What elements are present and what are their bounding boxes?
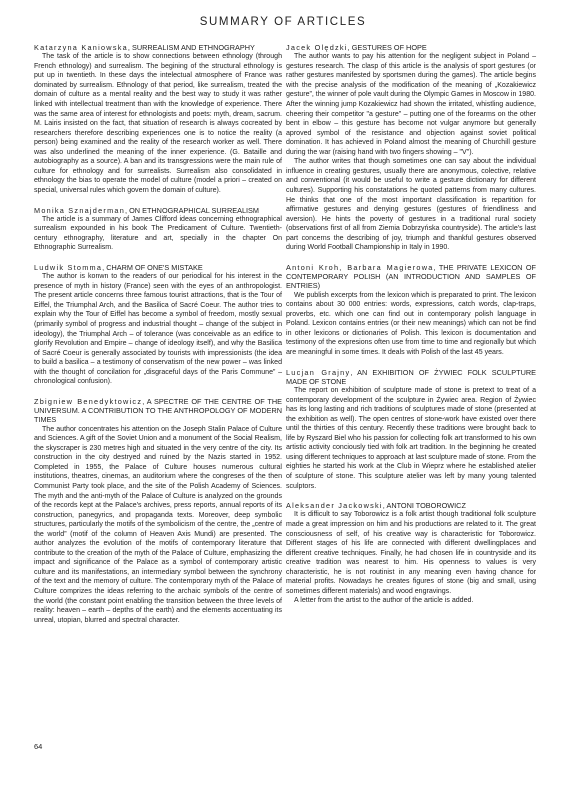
article-sznajderman: Monika Sznajderman, ON ETHNOGRAPHICAL SU… [34, 206, 282, 253]
left-column: Katarzyna Kaniowska, SURREALISM AND ETHN… [34, 43, 282, 635]
article-kaniowska: Katarzyna Kaniowska, SURREALISM AND ETHN… [34, 43, 282, 196]
right-column: Jacek Olędzki, GESTURES OF HOPE The auth… [286, 43, 536, 616]
article-author: Aleksander Jackowski [286, 501, 383, 510]
article-author: Monika Sznajderman [34, 206, 125, 215]
article-heading: Ludwik Stomma, CHARM OF ONE'S MISTAKE [34, 263, 282, 272]
article-paragraph: The author is konwn to the readers of ou… [34, 272, 282, 387]
article-heading: Aleksander Jackowski, ANTONI TOBOROWICZ [286, 501, 536, 510]
article-title: GESTURES OF HOPE [352, 43, 427, 52]
article-heading: Jacek Olędzki, GESTURES OF HOPE [286, 43, 536, 52]
article-author: Zbigniew Benedyktowicz [34, 397, 142, 406]
article-author: Ludwik Stomma [34, 263, 102, 272]
article-paragraph: The task of the article is to show conne… [34, 52, 282, 195]
article-paragraph: A letter from the artist to the author o… [286, 596, 536, 606]
article-paragraph: We publish excerpts from the lexicon whi… [286, 291, 536, 358]
article-paragraph: The article is a summary of James Cliffo… [34, 215, 282, 253]
article-heading: Lucjan Grajny, AN EXHIBITION OF ŻYWIEC F… [286, 368, 536, 387]
article-title: ANTONI TOBOROWICZ [386, 501, 465, 510]
article-grajny: Lucjan Grajny, AN EXHIBITION OF ŻYWIEC F… [286, 368, 536, 492]
article-paragraph: It is difficult to say Toborowicz is a f… [286, 510, 536, 596]
article-author: Katarzyna Kaniowska [34, 43, 128, 52]
article-title: SURREALISM AND ETHNOGRAPHY [132, 43, 255, 52]
page-number: 64 [34, 742, 42, 751]
article-paragraph: The author concentrates his attention on… [34, 425, 282, 625]
article-title: CHARM OF ONE'S MISTAKE [106, 263, 203, 272]
article-heading: Zbigniew Benedyktowicz, A SPECTRE OF THE… [34, 397, 282, 425]
article-heading: Monika Sznajderman, ON ETHNOGRAPHICAL SU… [34, 206, 282, 215]
article-kroh-magierowa: Antoni Kroh, Barbara Magierowa, THE PRIV… [286, 263, 536, 358]
article-heading: Antoni Kroh, Barbara Magierowa, THE PRIV… [286, 263, 536, 291]
article-author: Jacek Olędzki [286, 43, 348, 52]
article-author: Lucjan Grajny [286, 368, 350, 377]
page-title: SUMMARY OF ARTICLES [0, 16, 566, 28]
article-oledzki: Jacek Olędzki, GESTURES OF HOPE The auth… [286, 43, 536, 253]
article-paragraph: The author writes that though sometimes … [286, 157, 536, 252]
article-paragraph: The report on exhibition of sculpture ma… [286, 386, 536, 491]
article-stomma: Ludwik Stomma, CHARM OF ONE'S MISTAKE Th… [34, 263, 282, 387]
article-heading: Katarzyna Kaniowska, SURREALISM AND ETHN… [34, 43, 282, 52]
article-title: ON ETHNOGRAPHICAL SURREALISM [129, 206, 259, 215]
article-paragraph: The author wants to pay his attention fo… [286, 52, 536, 157]
article-jackowski: Aleksander Jackowski, ANTONI TOBOROWICZ … [286, 501, 536, 606]
article-benedyktowicz: Zbigniew Benedyktowicz, A SPECTRE OF THE… [34, 397, 282, 625]
article-author: Antoni Kroh, Barbara Magierowa [286, 263, 434, 272]
